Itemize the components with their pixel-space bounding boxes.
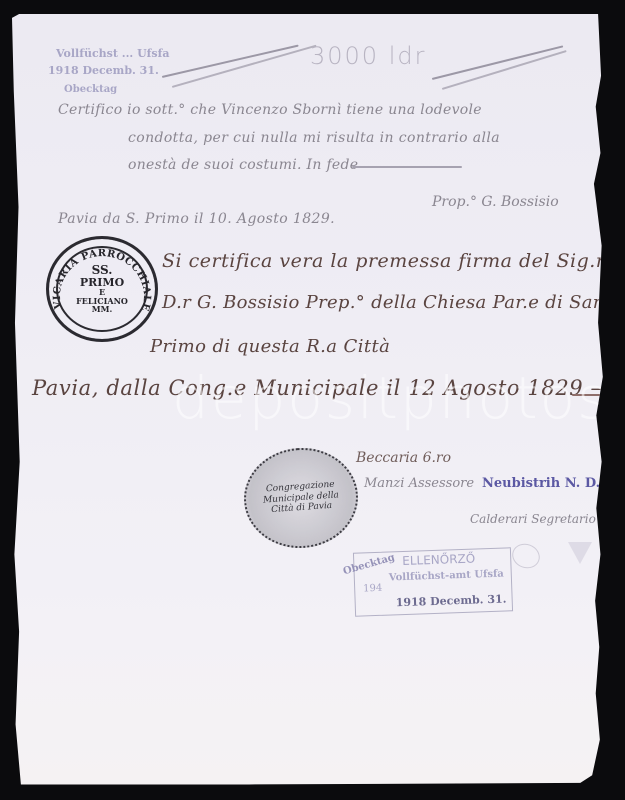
parish-seal: VICARIA PARROCCHIALE SS. PRIMO E FELICIA… [46, 236, 158, 342]
cert1-line3: onestà de suoi costumi. In fede [128, 157, 358, 173]
faint-mark [509, 540, 544, 572]
flourish-line [352, 166, 462, 168]
cert2-line3: Primo di questa R.a Città [150, 336, 390, 357]
signature-beccaria: Beccaria 6.ro [356, 450, 451, 466]
municipal-seal: Congregazione Municipale della Città di … [241, 444, 362, 552]
svg-text:VICARIA PARROCCHIALE: VICARIA PARROCCHIALE [52, 248, 152, 312]
municipal-seal-text: Congregazione Municipale della Città di … [259, 479, 343, 517]
cert2-line1: Si certifica vera la premessa firma del … [162, 250, 605, 272]
box-stamp-line2: ELLENŐRZŐ [402, 552, 475, 569]
violet-stamp: Neubistrih N. D. [482, 476, 600, 491]
faint-mark [568, 542, 592, 564]
cert1-signature: Prop.° G. Bossisio [432, 194, 559, 210]
signature-manzi: Manzi Assessore [364, 476, 474, 491]
cert1-line1: Certifico io sott.° che Vincenzo Sbornì … [58, 102, 482, 118]
box-stamp-line4: 194 [363, 583, 382, 595]
cert1-line2: condotta, per cui nulla mi risulta in co… [128, 130, 500, 146]
pencil-stroke [432, 45, 563, 79]
pencil-stroke [172, 45, 317, 88]
top-stamp-line2: 1918 Decemb. 31. [48, 64, 159, 77]
top-stamp-line3: Obecktag [64, 84, 117, 95]
seal-ring-text: VICARIA PARROCCHIALE [49, 239, 155, 339]
cert2-line2: D.r G. Bossisio Prep.° della Chiesa Par.… [162, 292, 605, 313]
cert1-place-date: Pavia da S. Primo il 10. Agosto 1829. [58, 211, 335, 227]
document-paper: 3000 ldr Vollfüchst ... Ufsfa 1918 Decem… [12, 14, 604, 786]
top-stamp-line1: Vollfüchst ... Ufsfa [56, 47, 169, 60]
pencil-note: 3000 ldr [310, 42, 426, 70]
box-stamp-line5: 1918 Decemb. 31. [395, 592, 506, 609]
customs-box-stamp: Obecktag ELLENŐRZŐ Vollfüchst-amt Ufsfa … [353, 547, 513, 616]
signature-calderari: Calderari Segretario [470, 512, 596, 526]
pencil-stroke [162, 45, 299, 78]
box-stamp-line3: Vollfüchst-amt Ufsfa [389, 569, 504, 584]
watermark: depositphotos [172, 364, 609, 432]
